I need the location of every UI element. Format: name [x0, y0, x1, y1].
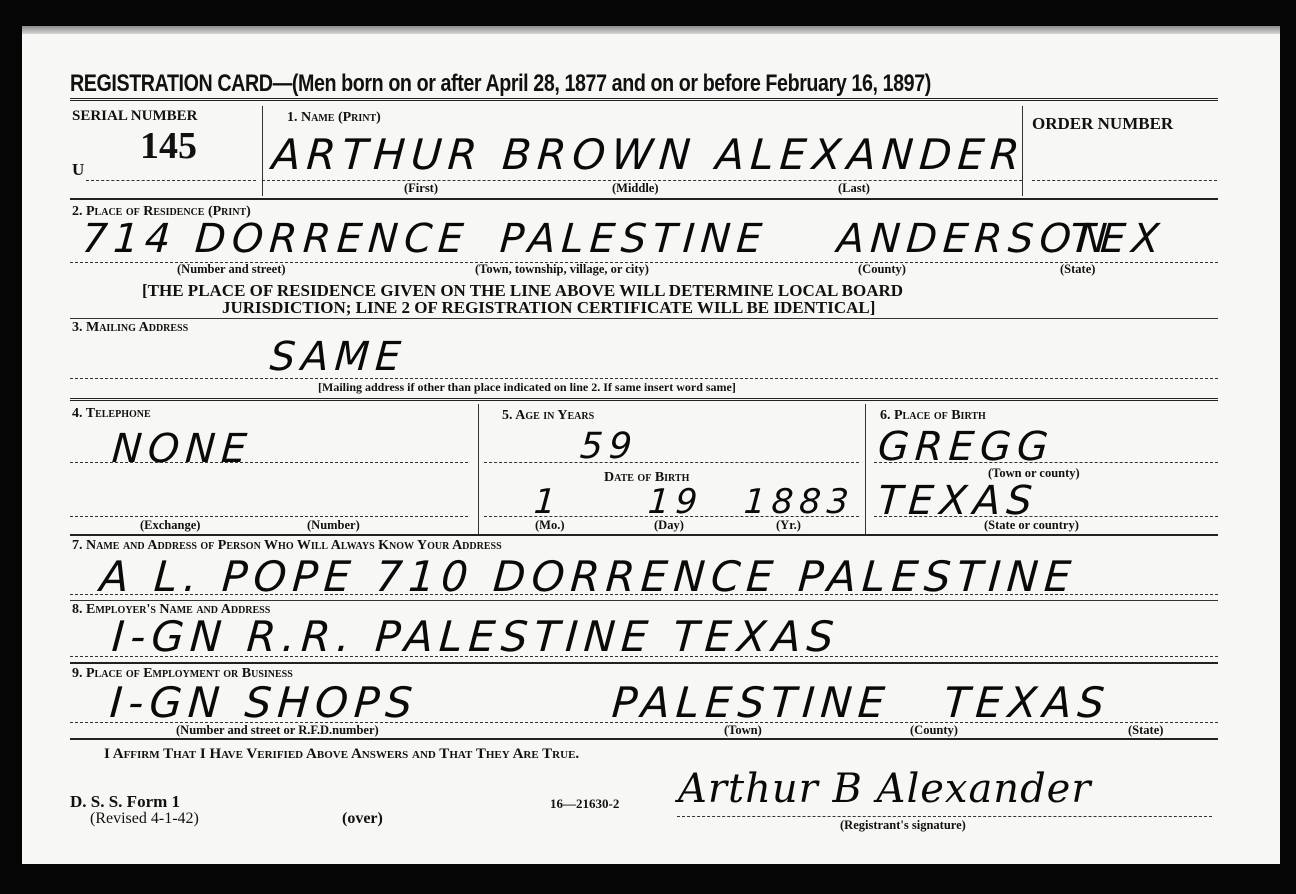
caption-state-country: (State or country): [984, 518, 1079, 533]
registrant-signature: Arthur B Alexander: [678, 766, 1091, 812]
caption-middle: (Middle): [612, 181, 659, 196]
divider: [70, 662, 1218, 664]
caption-exchange: (Exchange): [140, 518, 200, 533]
dash-line: [70, 378, 1218, 379]
dash-line: [70, 594, 1218, 595]
divider: [70, 318, 1218, 319]
form-revised: (Revised 4-1-42): [90, 810, 199, 828]
caption-day: (Day): [654, 518, 684, 533]
divider: [70, 398, 1218, 401]
serial-number-label: SERIAL NUMBER: [72, 108, 197, 125]
caption-town: (Town, township, village, or city): [475, 262, 649, 277]
divider: [70, 534, 1218, 536]
signature-caption: (Registrant's signature): [840, 818, 966, 833]
divider: [70, 98, 1218, 101]
caption-street: (Number and street): [177, 262, 286, 277]
residence-state: TEX: [1068, 216, 1166, 262]
residence-notice-line2: JURISDICTION; LINE 2 OF REGISTRATION CER…: [222, 298, 875, 317]
dash-line: [70, 462, 468, 463]
dash-line: [484, 462, 859, 463]
divider: [70, 198, 1218, 200]
card-title: REGISTRATION CARD—(Men born on or after …: [70, 70, 931, 98]
order-number-label: ORDER NUMBER: [1032, 114, 1173, 134]
registration-card: REGISTRATION CARD—(Men born on or after …: [22, 26, 1280, 864]
print-code: 16—21630-2: [550, 796, 619, 812]
employment-state: TEXAS: [942, 678, 1112, 727]
divider: [70, 600, 1218, 601]
caption-first: (First): [404, 181, 438, 196]
mailing-caption: [Mailing address if other than place ind…: [318, 380, 736, 395]
employment-street: I-GN SHOPS: [108, 678, 420, 727]
form-number: D. S. S. Form 1: [70, 792, 180, 812]
serial-number-value: 145: [140, 124, 197, 168]
divider: [70, 738, 1218, 740]
dash-line: [70, 516, 468, 517]
dash-line: [1032, 180, 1217, 181]
name-label: 1. Name (Print): [287, 110, 381, 126]
residence-street: 714 DORRENCE: [80, 216, 471, 262]
name-value: ARTHUR BROWN ALEXANDER: [270, 130, 1027, 179]
caption-employment-town: (Town): [724, 723, 762, 738]
divider: [865, 404, 866, 534]
age-label: 5. Age in Years: [502, 408, 594, 424]
telephone-label: 4. Telephone: [72, 406, 151, 422]
caption-month: (Mo.): [535, 518, 565, 533]
serial-prefix: U: [72, 160, 84, 180]
divider: [1022, 106, 1023, 196]
residence-town: PALESTINE: [498, 216, 769, 262]
birthplace-county: GREGG: [876, 424, 1055, 470]
dash-line: [70, 656, 1218, 657]
dash-line: [874, 516, 1218, 517]
caption-last: (Last): [838, 181, 870, 196]
affirmation-text: I Affirm That I Have Verified Above Answ…: [104, 746, 579, 763]
birthplace-label: 6. Place of Birth: [880, 408, 986, 424]
divider: [478, 404, 479, 534]
dash-line: [874, 462, 1218, 463]
dash-line: [86, 180, 256, 181]
caption-number: (Number): [307, 518, 360, 533]
divider: [262, 106, 263, 196]
caption-employment-street: (Number and street or R.F.D.number): [176, 723, 379, 738]
caption-county: (County): [858, 262, 906, 277]
over-label: (over): [342, 810, 383, 828]
age-value: 59: [579, 426, 640, 467]
dash-line: [677, 816, 1212, 817]
telephone-value: NONE: [110, 426, 254, 472]
employer-value: I-GN R.R. PALESTINE TEXAS: [110, 612, 841, 661]
caption-state: (State): [1060, 262, 1095, 277]
caption-employment-state: (State): [1128, 723, 1163, 738]
caption-year: (Yr.): [776, 518, 801, 533]
mailing-value: SAME: [268, 334, 408, 380]
caption-employment-county: (County): [910, 723, 958, 738]
dash-line: [484, 516, 859, 517]
employment-town: PALESTINE: [610, 678, 892, 727]
mailing-label: 3. Mailing Address: [72, 320, 188, 336]
